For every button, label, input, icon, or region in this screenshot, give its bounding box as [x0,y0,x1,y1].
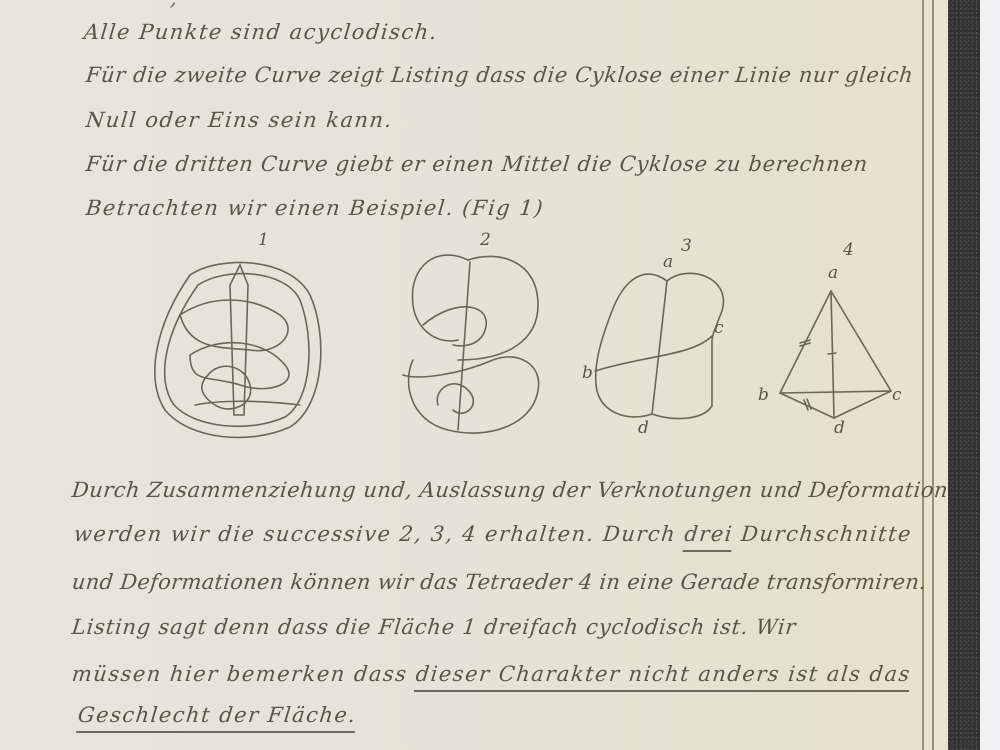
curve-diagram [592,266,722,421]
text-line: müssen hier bemerken dass dieser Charakt… [71,662,912,686]
margin-rule-right [932,0,934,750]
point-label-d: d [638,418,649,438]
text-line: Für die dritten Curve giebt er einen Mit… [85,152,870,176]
text-line: Alle Punkte sind acyclodisch. [83,20,439,44]
text-line: Für die zweite Curve zeigt Listing dass … [85,63,915,87]
figure-label: 1 [258,230,269,250]
scan-background [980,0,1000,750]
text-fragment-top: ~~~~ , [85,0,180,10]
manuscript-page: ~~~~ , Alle Punkte sind acyclodisch. Für… [0,0,948,750]
figure-label: 2 [480,230,491,250]
text-line: werden wir die successive 2, 3, 4 erhalt… [73,522,914,546]
figure-label: 3 [681,236,692,256]
point-label-b: b [758,385,769,405]
underlined-word: drei [683,522,734,546]
text-line: Durch Zusammenziehung und, Auslassung de… [71,478,950,502]
text-span: Durchschnitte [732,522,914,546]
margin-rule-left [922,0,924,750]
text-line-underlined: Geschlecht der Fläche. [77,703,358,727]
tetrahedron-diagram [778,288,898,423]
underlined-phrase: dieser Charakter nicht anders ist als da… [415,662,913,686]
text-span: werden wir die successive 2, 3, 4 erhalt… [73,522,686,546]
text-line: Betrachten wir einen Beispiel. (Fig 1) [85,196,546,220]
text-line: Listing sagt denn dass die Fläche 1 drei… [71,615,798,639]
text-line: Null oder Eins sein kann. [85,108,394,132]
book-binding-edge [948,0,980,750]
knot-surface-drawing [150,255,330,440]
point-label-a: a [828,263,838,283]
text-line: und Deformationen können wir das Tetraed… [71,570,928,594]
figure-label: 4 [843,240,854,260]
text-span: müssen hier bemerken dass [71,662,417,686]
surface-drawing [398,250,548,440]
